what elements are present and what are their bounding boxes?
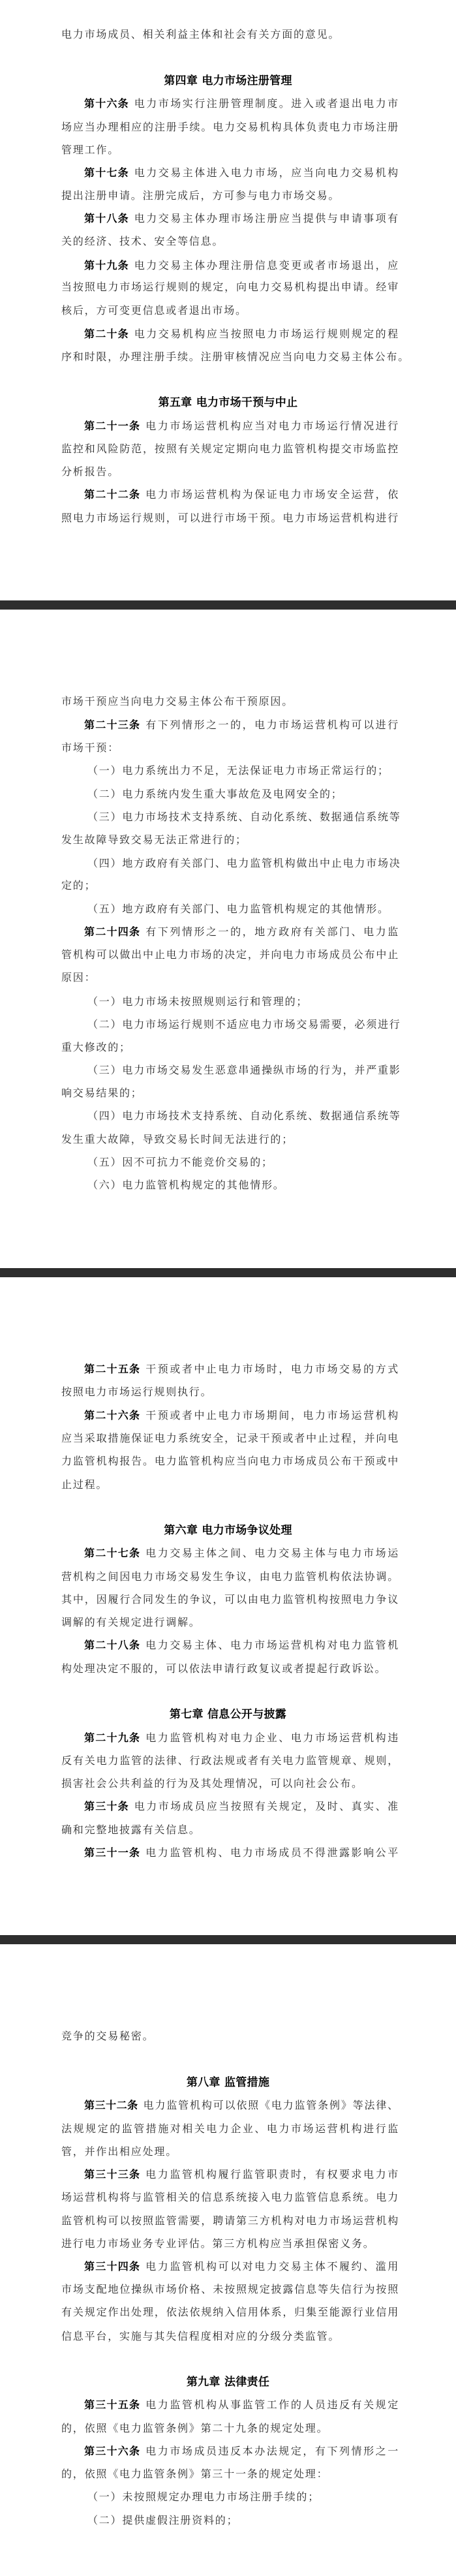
text-line: 场应当办理相应的注册手续。电力交易机构具体负责电力市场注册: [61, 119, 399, 135]
chapter-title: 第九章 法律责任: [0, 2374, 456, 2391]
list-item: （二）电力市场运行规则不适应电力市场交易需要，必须进行: [87, 1017, 399, 1032]
text-line: 按照电力市场运行规则执行。: [61, 1384, 399, 1400]
article-number: 第十七条: [84, 166, 129, 179]
text-line: 的，依照《电力监管条例》第三十一条的规定处理：: [61, 2466, 399, 2482]
list-item: （五）地方政府有关部门、电力监管机构规定的其他情形。: [87, 901, 399, 917]
page-separator: [0, 1268, 456, 1277]
text-line: 监控和风险防范，按照有关规定定期向电力监管机构提交市场监控: [61, 441, 399, 457]
article-text: 电力市场运营机构为保证电力市场安全运营，依: [145, 488, 399, 501]
article-number: 第二十条: [84, 328, 129, 340]
text-line: 照电力市场运行规则，可以进行市场干预。电力市场运营机构进行: [61, 510, 399, 526]
article-number: 第二十三条: [84, 719, 140, 731]
text-line: 竞争的交易秘密。: [61, 2028, 399, 2044]
article-paragraph: 第二十六条干预或者中止电力市场期间，电力市场运营机构: [84, 1408, 399, 1423]
text-line: 定的；: [61, 878, 399, 893]
article-paragraph: 第二十四条有下列情形之一的，地方政府有关部门、电力监: [84, 924, 399, 940]
article-paragraph: 第二十一条电力市场运营机构应当对电力市场运行情况进行: [84, 418, 399, 434]
article-paragraph: 第三十二条电力监管机构可以依照《电力监管条例》等法律、: [84, 2098, 399, 2113]
article-number: 第十六条: [84, 97, 129, 110]
text-line: 响交易结果的；: [61, 1085, 399, 1101]
list-item: （四）电力市场技术支持系统、自动化系统、数据通信系统等: [87, 1108, 399, 1124]
article-number: 第二十四条: [84, 925, 140, 938]
text-line: 重大修改的；: [61, 1040, 399, 1055]
list-item: （三）电力市场交易发生恶意串通操纵市场的行为，并严重影: [87, 1063, 399, 1078]
text-line: 管机构可以做出中止电力市场的决定，并向电力市场成员公布中止: [61, 947, 399, 963]
text-line: 监管机构可以按照监管需要，聘请第三方机构对电力市场运营机构: [61, 2213, 399, 2229]
text-line: 进行电力市场业务专业评估。第三方机构应当承担保密义务。: [61, 2236, 399, 2252]
article-number: 第二十七条: [84, 1547, 140, 1559]
article-number: 第二十六条: [84, 1409, 140, 1421]
text-line: 的，依照《电力监管条例》第二十九条的规定处理。: [61, 2421, 399, 2436]
text-line: 发生重大故障，导致交易长时间无法进行的；: [61, 1132, 399, 1147]
article-paragraph: 第二十九条电力监管机构对电力企业、电力市场运营机构违: [84, 1730, 399, 1746]
chapter-title: 第七章 信息公开与披露: [0, 1706, 456, 1723]
page-separator: [0, 600, 456, 610]
list-item: （二）提供虚假注册资料的；: [87, 2513, 399, 2528]
text-line: 市场干预应当向电力交易主体公布干预原因。: [61, 694, 399, 709]
list-item: （四）地方政府有关部门、电力监管机构做出中止电力市场决: [87, 856, 399, 871]
text-line: 提出注册申请。注册完成后，方可参与电力市场交易。: [61, 188, 399, 204]
text-line: 原因：: [61, 970, 399, 985]
article-text: 有下列情形之一的，地方政府有关部门、电力监: [145, 925, 399, 938]
chapter-title: 第五章 电力市场干预与中止: [0, 394, 456, 411]
text-line: 序和时限，办理注册手续。注册审核情况应当向电力交易主体公布。: [61, 349, 399, 365]
page-separator: [0, 1935, 456, 1944]
article-text: 电力监管机构从事监管工作的人员违反有关规定: [145, 2398, 399, 2411]
text-line: 营机构之间因电力市场交易发生争议，由电力监管机构依法协调。: [61, 1569, 399, 1585]
text-line: 管，并作出相应处理。: [61, 2144, 399, 2160]
article-number: 第三十二条: [84, 2099, 138, 2111]
text-line: 力监管机构报告。电力监管机构应当向电力市场成员公布干预或中: [61, 1453, 399, 1469]
text-line: 分析报告。: [61, 464, 399, 480]
article-paragraph: 第二十三条有下列情形之一的，电力市场运营机构可以进行: [84, 717, 399, 733]
article-text: 电力交易主体、电力市场运营机构对电力监管机: [145, 1639, 399, 1651]
article-paragraph: 第三十四条电力监管机构可以对电力交易主体不履约、滥用: [84, 2259, 399, 2274]
text-line: 调解的有关规定进行调解。: [61, 1615, 399, 1630]
text-line: 损害社会公共利益的行为及其处理情况，可以向社会公布。: [61, 1776, 399, 1792]
text-line: 市场支配地位操纵市场价格、未按照规定披露信息等失信行为按照: [61, 2282, 399, 2297]
article-number: 第十九条: [84, 259, 129, 272]
list-item: （三）电力市场技术支持系统、自动化系统、数据通信系统等: [87, 809, 399, 825]
article-paragraph: 第二十五条干预或者中止电力市场时，电力市场交易的方式: [84, 1361, 399, 1377]
article-paragraph: 第十八条电力交易主体办理市场注册应当提供与申请事项有: [84, 211, 399, 226]
article-number: 第二十五条: [84, 1363, 140, 1375]
article-paragraph: 第十七条电力交易主体进入电力市场，应当向电力交易机构: [84, 165, 399, 181]
list-item: （二）电力系统内发生重大事故危及电网安全的；: [87, 786, 399, 802]
article-paragraph: 第三十一条电力监管机构、电力市场成员不得泄露影响公平: [84, 1845, 399, 1861]
text-line: 反有关电力监管的法律、行政法规或者有关电力监管规章、规则，: [61, 1753, 399, 1769]
article-paragraph: 第三十三条电力监管机构履行监管职责时，有权要求电力市: [84, 2167, 399, 2182]
article-text: 电力交易主体之间、电力交易主体与电力市场运: [145, 1547, 399, 1559]
list-item: （一）电力系统出力不足，无法保证电力市场正常运行的；: [87, 763, 399, 779]
article-text: 电力交易主体进入电力市场，应当向电力交易机构: [134, 166, 399, 179]
article-paragraph: 第二十八条电力交易主体、电力市场运营机构对电力监管机: [84, 1637, 399, 1653]
article-paragraph: 第十六条电力市场实行注册管理制度。进入或者退出电力市: [84, 96, 399, 112]
article-number: 第三十一条: [84, 1846, 140, 1859]
article-number: 第三十四条: [84, 2260, 140, 2273]
article-number: 第二十一条: [84, 420, 140, 432]
article-text: 电力交易主体办理注册信息变更或者市场退出，应: [134, 259, 399, 272]
article-text: 电力市场成员违反本办法规定，有下列情形之一: [145, 2445, 399, 2457]
chapter-title: 第八章 监管措施: [0, 2074, 456, 2091]
article-text: 干预或者中止电力市场期间，电力市场运营机构: [145, 1409, 399, 1421]
article-text: 电力交易机构应当按照电力市场运行规则规定的程: [134, 328, 399, 340]
text-line: 止过程。: [61, 1477, 399, 1493]
text-line: 法规规定的监管措施对相关电力企业、电力市场运营机构进行监: [61, 2121, 399, 2137]
text-line: 有关规定作出处理，依法依规纳入信用体系，归集至能源行业信用: [61, 2304, 399, 2320]
article-text: 电力监管机构对电力企业、电力市场运营机构违: [145, 1731, 399, 1744]
article-paragraph: 第三十条电力市场成员应当按照有关规定，及时、真实、准: [84, 1799, 399, 1814]
text-line: 发生故障导致交易无法正常进行的；: [61, 832, 399, 848]
article-text: 电力市场运营机构应当对电力市场运行情况进行: [145, 420, 399, 432]
article-paragraph: 第十九条电力交易主体办理注册信息变更或者市场退出，应: [84, 258, 399, 273]
text-line: 确和完整地披露有关信息。: [61, 1822, 399, 1838]
article-paragraph: 第二十条电力交易机构应当按照电力市场运行规则规定的程: [84, 326, 399, 342]
article-text: 电力监管机构履行监管职责时，有权要求电力市: [145, 2168, 399, 2180]
article-paragraph: 第二十二条电力市场运营机构为保证电力市场安全运营，依: [84, 487, 399, 503]
article-number: 第二十九条: [84, 1731, 140, 1744]
text-line: 市场干预：: [61, 740, 399, 756]
text-line: 电力市场成员、相关利益主体和社会有关方面的意见。: [61, 27, 399, 42]
chapter-title: 第六章 电力市场争议处理: [0, 1522, 456, 1539]
text-line: 管理工作。: [61, 142, 399, 158]
article-text: 电力监管机构可以对电力交易主体不履约、滥用: [145, 2260, 399, 2273]
list-item: （一）电力市场未按照规则运行和管理的；: [87, 994, 399, 1010]
article-paragraph: 第三十六条电力市场成员违反本办法规定，有下列情形之一: [84, 2444, 399, 2459]
article-text: 电力交易主体办理市场注册应当提供与申请事项有: [134, 212, 399, 225]
chapter-title: 第四章 电力市场注册管理: [0, 72, 456, 89]
article-paragraph: 第三十五条电力监管机构从事监管工作的人员违反有关规定: [84, 2397, 399, 2413]
article-number: 第二十八条: [84, 1639, 140, 1651]
text-line: 当按照电力市场运行规则的规定，向电力交易机构提出申请。经审: [61, 279, 399, 295]
text-line: 场运营机构将与监管相关的信息系统接入电力监管信息系统。电力: [61, 2190, 399, 2205]
article-number: 第三十六条: [84, 2445, 140, 2457]
article-number: 第十八条: [84, 212, 129, 225]
text-line: 核后，方可变更信息或者退出市场。: [61, 303, 399, 318]
article-number: 第三十三条: [84, 2168, 140, 2180]
article-number: 第三十五条: [84, 2398, 140, 2411]
text-line: 信息平台，实施与其失信程度相对应的分级分类监管。: [61, 2329, 399, 2344]
list-item: （五）因不可抗力不能竞价交易的；: [87, 1155, 399, 1170]
article-paragraph: 第二十七条电力交易主体之间、电力交易主体与电力市场运: [84, 1545, 399, 1561]
text-line: 应当采取措施保证电力系统安全，记录干预或者中止过程，并向电: [61, 1431, 399, 1446]
article-number: 第三十条: [84, 1800, 129, 1812]
list-item: （六）电力监管机构规定的其他情形。: [87, 1177, 399, 1193]
article-number: 第二十二条: [84, 488, 140, 501]
text-line: 关的经济、技术、安全等信息。: [61, 234, 399, 249]
article-text: 电力市场实行注册管理制度。进入或者退出电力市: [134, 97, 399, 110]
article-text: 干预或者中止电力市场时，电力市场交易的方式: [145, 1363, 399, 1375]
article-text: 电力市场成员应当按照有关规定，及时、真实、准: [134, 1800, 399, 1812]
text-line: 其中，因履行合同发生的争议，可以由电力监管机构按照电力争议: [61, 1592, 399, 1607]
article-text: 有下列情形之一的，电力市场运营机构可以进行: [145, 719, 399, 731]
article-text: 电力监管机构、电力市场成员不得泄露影响公平: [145, 1846, 399, 1859]
text-line: 构处理决定不服的，可以依法申请行政复议或者提起行政诉讼。: [61, 1661, 399, 1677]
list-item: （一）未按照规定办理电力市场注册手续的；: [87, 2489, 399, 2505]
article-text: 电力监管机构可以依照《电力监管条例》等法律、: [144, 2099, 399, 2111]
